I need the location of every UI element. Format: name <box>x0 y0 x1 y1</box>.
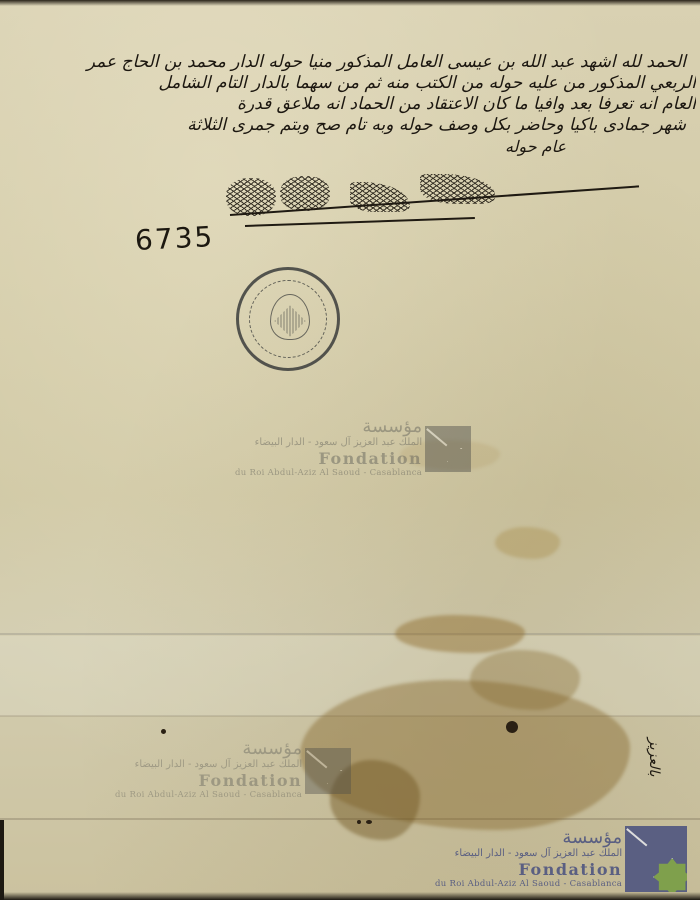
signature-flourish <box>280 176 330 211</box>
foundation-logo-icon <box>425 426 471 472</box>
manuscript-line: العام انه تعرفا بعد وافيا ما كان الاعتقا… <box>6 94 696 115</box>
margin-note: بالعزيز <box>646 738 662 777</box>
star-icon <box>447 448 471 472</box>
manuscript-page: الحمد لله اشهد عبد الله بن عيسى العامل ا… <box>0 0 700 900</box>
watermark-arabic-title: مؤسسة <box>235 418 422 436</box>
manuscript-line: عام حوله <box>6 136 696 157</box>
foundation-logo-icon <box>625 826 687 892</box>
ink-blot <box>161 729 166 734</box>
scan-edge-top <box>0 0 700 6</box>
watermark-arabic-subtitle: الملك عبد العزيز آل سعود - الدار البيضاء <box>235 436 422 450</box>
watermark-arabic-title: مؤسسة <box>115 740 302 758</box>
scan-edge-bottom <box>0 892 700 900</box>
watermark-arabic-title: مؤسسة <box>435 829 622 847</box>
watermark-title: Fondation <box>115 772 302 790</box>
ink-blot <box>506 721 518 733</box>
ink-blot <box>366 820 372 824</box>
watermark-title: Fondation <box>435 861 622 879</box>
scan-edge-left <box>0 820 4 900</box>
foundation-watermark: مؤسسة الملك عبد العزيز آل سعود - الدار ا… <box>115 740 351 801</box>
official-seal-stamp <box>236 267 340 371</box>
fold-line <box>0 633 700 635</box>
foundation-watermark: مؤسسة الملك عبد العزيز آل سعود - الدار ا… <box>235 418 471 479</box>
watermark-subtitle: du Roi Abdul-Aziz Al Saoud - Casablanca <box>435 879 622 890</box>
star-icon <box>653 858 687 892</box>
water-stain <box>495 527 560 559</box>
signature-flourish <box>350 182 410 212</box>
star-icon <box>327 770 351 794</box>
manuscript-line: الحمد لله اشهد عبد الله بن عيسى العامل ا… <box>6 52 696 73</box>
manuscript-line: شهر جمادى باكيا وحاضر بكل وصف حوله وبه ت… <box>6 115 696 136</box>
manuscript-body: الحمد لله اشهد عبد الله بن عيسى العامل ا… <box>6 52 696 157</box>
watermark-subtitle: du Roi Abdul-Aziz Al Saoud - Casablanca <box>235 468 422 479</box>
foundation-logo-icon <box>305 748 351 794</box>
manuscript-line: الربعي المذكور من عليه حوله من الكتب منه… <box>6 73 696 94</box>
watermark-arabic-subtitle: الملك عبد العزيز آل سعود - الدار البيضاء <box>435 847 622 861</box>
foundation-logo-corner: مؤسسة الملك عبد العزيز آل سعود - الدار ا… <box>435 826 687 892</box>
archive-number: 6735 <box>134 220 215 257</box>
watermark-subtitle: du Roi Abdul-Aziz Al Saoud - Casablanca <box>115 790 302 801</box>
watermark-title: Fondation <box>235 450 422 468</box>
watermark-arabic-subtitle: الملك عبد العزيز آل سعود - الدار البيضاء <box>115 758 302 772</box>
ink-blot <box>357 820 361 824</box>
